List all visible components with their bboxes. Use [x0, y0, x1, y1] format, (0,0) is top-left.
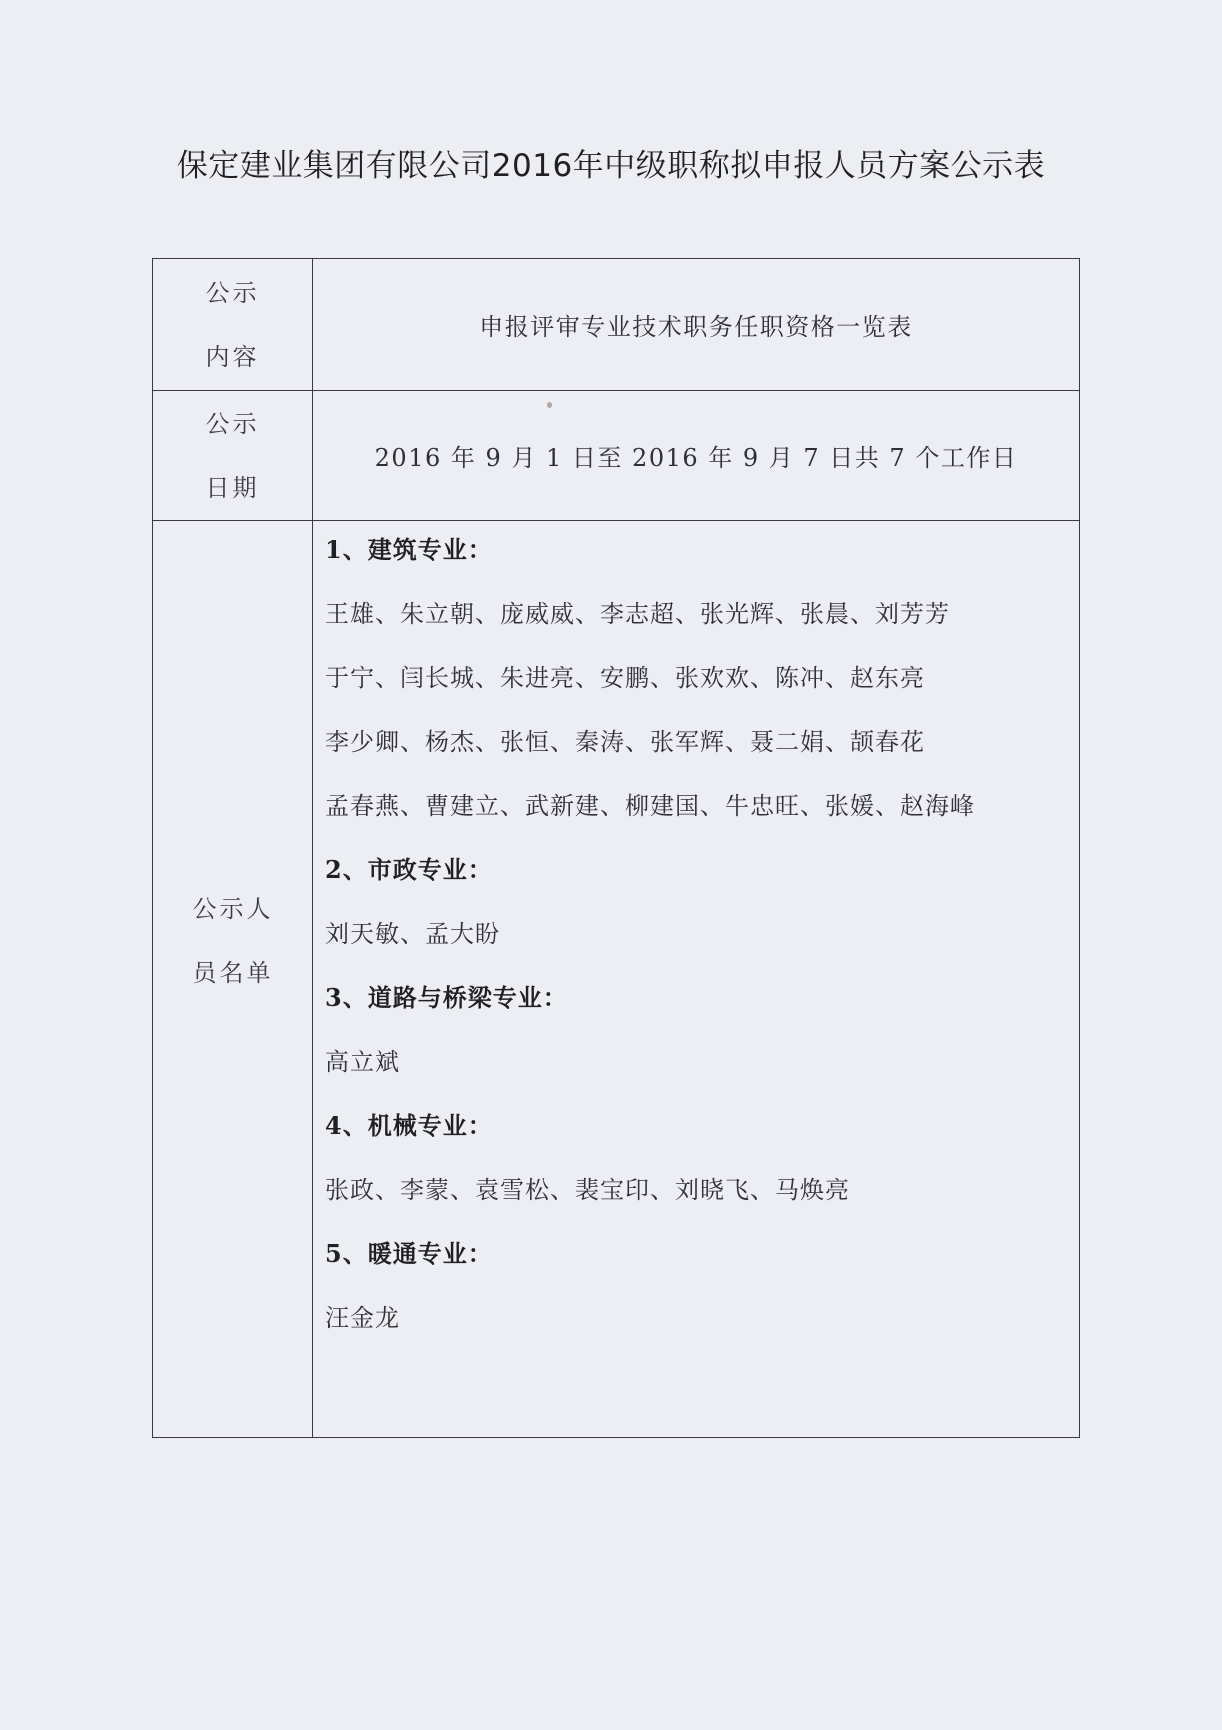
scan-speck	[547, 402, 552, 408]
names-line: 于宁、闫长城、朱进亮、安鹏、张欢欢、陈冲、赵东亮	[325, 663, 1079, 693]
section-heading-hvac: 5、暖通专业：	[325, 1239, 1079, 1269]
notice-table: 公示 内容 申报评审专业技术职务任职资格一览表 公示 日期 2016 年 9 月…	[152, 258, 1080, 1438]
document-title: 保定建业集团有限公司2016年中级职称拟申报人员方案公示表	[0, 140, 1222, 185]
section-heading-municipal: 2、市政专业：	[325, 855, 1079, 885]
date-row: 公示 日期 2016 年 9 月 1 日至 2016 年 9 月 7 日共 7 …	[153, 391, 1079, 521]
section-heading-architecture: 1、建筑专业：	[325, 535, 1079, 565]
content-value: 申报评审专业技术职务任职资格一览表	[313, 259, 1079, 390]
list-label-line1: 公示人	[153, 877, 313, 941]
names-line: 张政、李蒙、袁雪松、裴宝印、刘晓飞、马焕亮	[325, 1175, 1079, 1205]
date-label-line1: 公示	[206, 392, 260, 456]
names-line: 李少卿、杨杰、张恒、秦涛、张军辉、聂二娟、颉春花	[325, 727, 1079, 757]
names-line: 高立斌	[325, 1047, 1079, 1077]
names-line: 刘天敏、孟大盼	[325, 919, 1079, 949]
personnel-list-row: 公示人 员名单 1、建筑专业： 王雄、朱立朝、庞威威、李志超、张光辉、张晨、刘芳…	[153, 521, 1079, 1437]
list-label-cell: 公示人 员名单	[153, 521, 313, 1437]
content-row: 公示 内容 申报评审专业技术职务任职资格一览表	[153, 259, 1079, 391]
list-label-line2: 员名单	[153, 941, 313, 1005]
names-line: 孟春燕、曹建立、武新建、柳建国、牛忠旺、张媛、赵海峰	[325, 791, 1079, 821]
date-value: 2016 年 9 月 1 日至 2016 年 9 月 7 日共 7 个工作日	[313, 391, 1079, 520]
names-line: 汪金龙	[325, 1303, 1079, 1333]
content-label-line1: 公示	[206, 261, 260, 325]
names-line: 王雄、朱立朝、庞威威、李志超、张光辉、张晨、刘芳芳	[325, 599, 1079, 629]
content-label-cell: 公示 内容	[153, 259, 313, 390]
personnel-list: 1、建筑专业： 王雄、朱立朝、庞威威、李志超、张光辉、张晨、刘芳芳 于宁、闫长城…	[313, 521, 1079, 1437]
date-label-line2: 日期	[206, 456, 260, 520]
section-heading-road-bridge: 3、道路与桥梁专业：	[325, 983, 1079, 1013]
content-label-line2: 内容	[206, 325, 260, 389]
date-label-cell: 公示 日期	[153, 391, 313, 520]
section-heading-mechanical: 4、机械专业：	[325, 1111, 1079, 1141]
